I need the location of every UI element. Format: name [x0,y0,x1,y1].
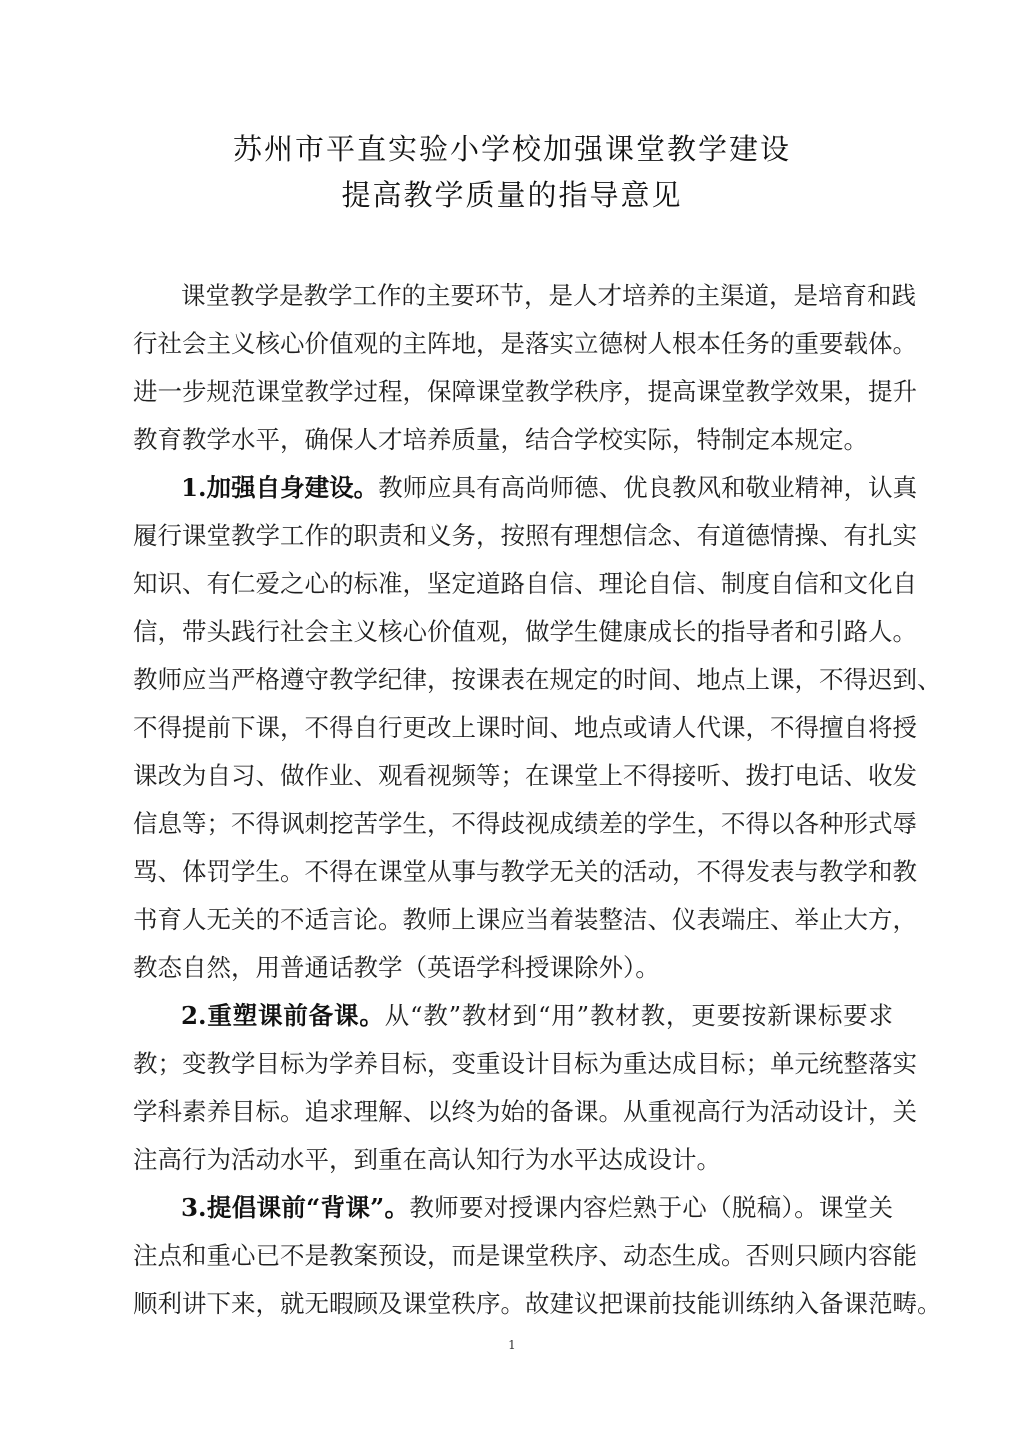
section-heading: 1.加强自身建设。 [181,473,378,502]
page-number: 1 [0,1338,1024,1352]
paragraph-line: 教师应当严格遵守教学纪律，按课表在规定的时间、地点上课，不得迟到、 [133,656,893,704]
paragraph-line: 教育教学水平，确保人才培养质量，结合学校实际，特制定本规定。 [133,416,893,464]
paragraph-line: 不得提前下课，不得自行更改上课时间、地点或请人代课，不得擅自将授 [133,704,893,752]
paragraph-line: 课改为自习、做作业、观看视频等；在课堂上不得接听、拨打电话、收发 [133,752,893,800]
paragraph-line: 顺利讲下来，就无暇顾及课堂秩序。故建议把课前技能训练纳入备课范畴。 [133,1280,893,1328]
intro-paragraph: 课堂教学是教学工作的主要环节，是人才培养的主渠道，是培育和践 行社会主义核心价值… [133,272,893,464]
section-heading: 2.重塑课前备课。 [181,1001,385,1030]
section-text: 教师应具有高尚师德、优良教风和敬业精神，认真 [378,473,917,502]
document-page: 苏州市平直实验小学校加强课堂教学建设 提高教学质量的指导意见 课堂教学是教学工作… [0,0,1024,1448]
section-1: 1.加强自身建设。教师应具有高尚师德、优良教风和敬业精神，认真 履行课堂教学工作… [133,464,893,992]
paragraph-line: 进一步规范课堂教学过程，保障课堂教学秩序，提高课堂教学效果，提升 [133,368,893,416]
paragraph-line: 知识、有仁爱之心的标准，坚定道路自信、理论自信、制度自信和文化自 [133,560,893,608]
document-body: 课堂教学是教学工作的主要环节，是人才培养的主渠道，是培育和践 行社会主义核心价值… [133,272,893,1328]
paragraph-line: 骂、体罚学生。不得在课堂从事与教学无关的活动，不得发表与教学和教 [133,848,893,896]
paragraph-line: 信息等；不得讽刺挖苦学生，不得歧视成绩差的学生，不得以各种形式辱 [133,800,893,848]
section-text: 从“教”教材到“用”教材教，更要按新课标要求 [385,1001,893,1030]
paragraph-line: 注点和重心已不是教案预设，而是课堂秩序、动态生成。否则只顾内容能 [133,1232,893,1280]
paragraph-line: 教；变教学目标为学养目标，变重设计目标为重达成目标；单元统整落实 [133,1040,893,1088]
paragraph-line: 书育人无关的不适言论。教师上课应当着装整洁、仪表端庄、举止大方， [133,896,893,944]
section-first-line: 2.重塑课前备课。从“教”教材到“用”教材教，更要按新课标要求 [133,992,893,1040]
paragraph-line: 教态自然，用普通话教学（英语学科授课除外）。 [133,944,893,992]
section-2: 2.重塑课前备课。从“教”教材到“用”教材教，更要按新课标要求 教；变教学目标为… [133,992,893,1184]
section-first-line: 3.提倡课前“背课”。教师要对授课内容烂熟于心（脱稿）。课堂关 [133,1184,893,1232]
paragraph-line: 行社会主义核心价值观的主阵地，是落实立德树人根本任务的重要载体。 [133,320,893,368]
paragraph-line: 信，带头践行社会主义核心价值观，做学生健康成长的指导者和引路人。 [133,608,893,656]
paragraph-line: 课堂教学是教学工作的主要环节，是人才培养的主渠道，是培育和践 [133,272,893,320]
section-3: 3.提倡课前“背课”。教师要对授课内容烂熟于心（脱稿）。课堂关 注点和重心已不是… [133,1184,893,1328]
section-text: 教师要对授课内容烂熟于心（脱稿）。课堂关 [409,1193,893,1222]
section-heading: 3.提倡课前“背课”。 [181,1193,409,1222]
paragraph-line: 注高行为活动水平，到重在高认知行为水平达成设计。 [133,1136,893,1184]
document-title-line-2: 提高教学质量的指导意见 [0,177,1024,213]
section-first-line: 1.加强自身建设。教师应具有高尚师德、优良教风和敬业精神，认真 [133,464,893,512]
paragraph-line: 履行课堂教学工作的职责和义务，按照有理想信念、有道德情操、有扎实 [133,512,893,560]
paragraph-line: 学科素养目标。追求理解、以终为始的备课。从重视高行为活动设计，关 [133,1088,893,1136]
document-title-line-1: 苏州市平直实验小学校加强课堂教学建设 [0,131,1024,167]
